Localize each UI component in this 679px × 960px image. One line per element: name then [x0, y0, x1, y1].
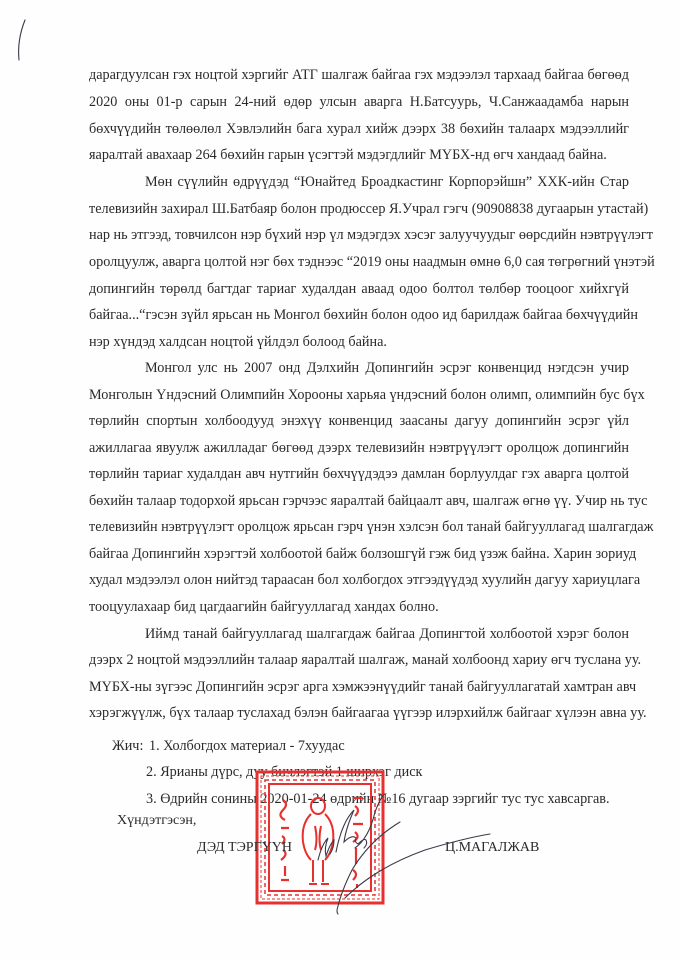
text-line: худал мэдээлэл олон нийтэд тараасан бол …: [89, 571, 629, 589]
text-line: 2020 оны 01-р сарын 24-ний өдөр улсын ав…: [89, 93, 629, 111]
attachments-label: Жич:: [112, 737, 143, 755]
text-line: нар нь этгээд, товчилсон нэр бүхий нэр ү…: [89, 226, 629, 244]
text-line: бөхчүүдийн төлөөлөл Хэвлэлийн бага хурал…: [89, 120, 629, 138]
official-seal-icon: [255, 770, 385, 905]
text-line: нэр хүндэд халдсан ноцтой үйлдэл болоод …: [89, 333, 629, 351]
text-line: яаралтай авахаар 264 бөхийн гарын үсэгтэ…: [89, 146, 629, 164]
text-line: телевизийн захирал Ш.Батбаяр болон продю…: [89, 200, 629, 218]
document-page: дарагдуулсан гэх ноцтой хэргийг АТГ шалг…: [0, 0, 679, 960]
text-line: хэрэгжүүлж, бүх талаар туслахад бэлэн ба…: [89, 704, 629, 722]
text-line: төрлийн спортын холбоодууд энэхүү конвен…: [89, 412, 629, 430]
text-line: оролцуулж, аварга цолтой нэг бөх тэднээс…: [89, 253, 629, 271]
text-line: тооцуулахаар бид цагдаагийн байгууллагад…: [89, 598, 629, 616]
text-line: байгаа Допингийн хэрэгтэй холбоотой байж…: [89, 545, 629, 563]
text-line: Монголын Үндэсний Олимпийн Хорооны харья…: [89, 386, 629, 404]
text-line: дээрх 2 ноцтой мэдээллийн талаар яаралта…: [89, 651, 629, 669]
text-line: дарагдуулсан гэх ноцтой хэргийг АТГ шалг…: [89, 66, 629, 84]
text-line: ажиллагаа явуулж ажилладаг бөгөөд дээрх …: [89, 439, 629, 457]
closing-salutation: Хүндэтгэсэн,: [117, 813, 196, 829]
attachment-item: 1. Холбогдох материал - 7хуудас: [149, 737, 345, 755]
text-line: МҮБХ-ны зүгээс Допингийн эсрэг арга хэмж…: [89, 678, 629, 696]
text-line: допингийн төрөлд багтдаг тариаг худалдан…: [89, 280, 629, 298]
text-line: Иймд танай байгууллагад шалгагдаж байгаа…: [145, 625, 629, 643]
text-line: телевизийн нэвтрүүлэгт оролцож ярьсан гэ…: [89, 518, 629, 536]
text-line: байгаа...“гэсэн зүйл ярьсан нь Монгол бө…: [89, 306, 629, 324]
signatory-name: Ц.МАГАЛЖАВ: [445, 840, 539, 856]
text-line: бөхийн талаар тодорхой ярьсан гэрчээс яа…: [89, 492, 629, 510]
text-line: төрлийн тариаг худалдан авч нутгийн бөхч…: [89, 465, 629, 483]
text-line: Мөн сүүлийн өдрүүдэд “Юнайтед Броадкасти…: [145, 173, 629, 191]
signatory-title: ДЭД ТЭРГҮҮН: [197, 840, 292, 856]
text-line: Монгол улс нь 2007 онд Дэлхийн Допингийн…: [145, 359, 629, 377]
